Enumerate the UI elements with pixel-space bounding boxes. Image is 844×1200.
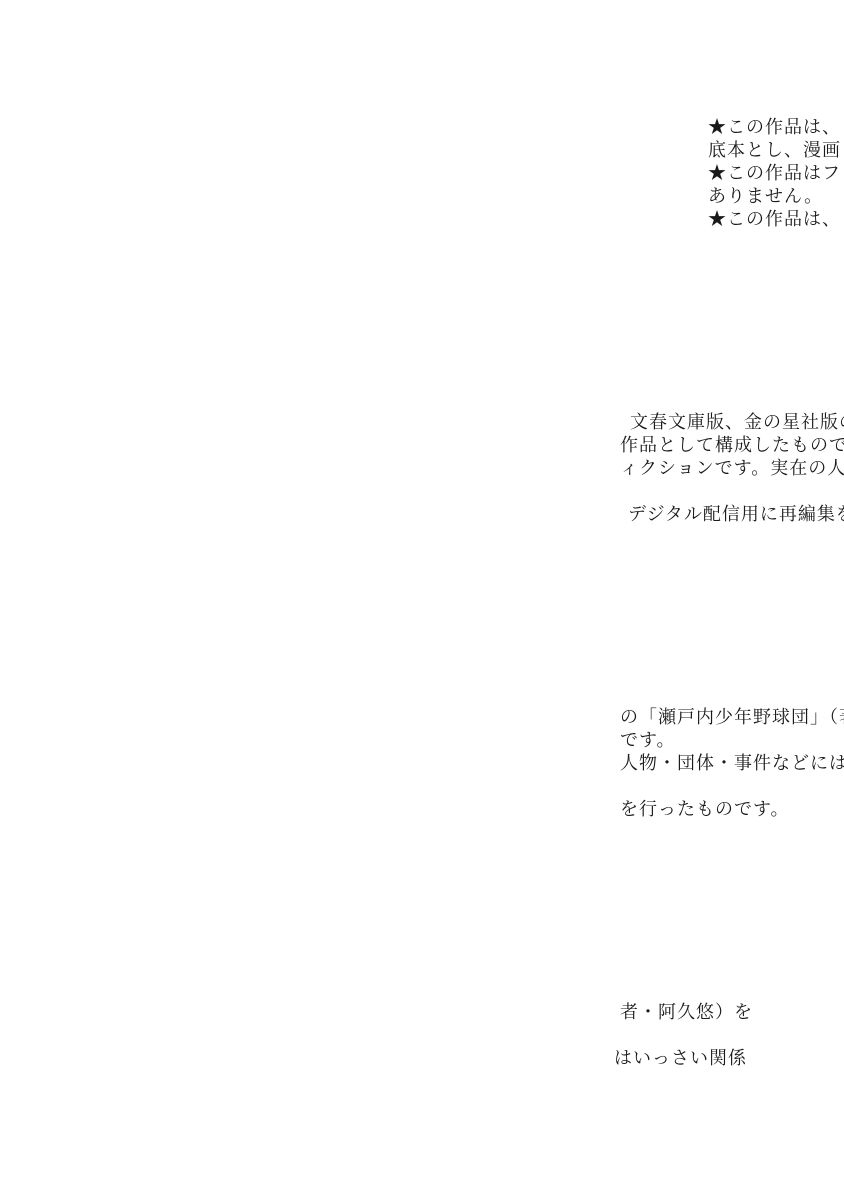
text-line: 文春文庫版、金の星社版の — [630, 411, 844, 434]
text-line: 者・阿久悠）を — [620, 1001, 753, 1024]
text-line: ★この作品は、 — [708, 208, 841, 231]
text-line: 底本とし、漫画 — [708, 139, 841, 162]
text-line: ★この作品はフ — [708, 162, 841, 185]
text-line: を行ったものです。 — [620, 798, 790, 821]
text-line: はいっさい関係 — [614, 1047, 747, 1070]
text-line: の「瀬戸内少年野球団」（著 — [620, 706, 844, 729]
text-line: ★この作品は、 — [708, 116, 841, 139]
text-line: ィクションです。実在の人 — [620, 457, 844, 480]
text-line: 作品として構成したもので — [620, 434, 844, 457]
text-line: 人物・団体・事件などには — [620, 752, 844, 775]
text-line: です。 — [620, 729, 676, 752]
text-line: デジタル配信用に再編集を — [628, 503, 844, 526]
text-line: ありません。 — [708, 185, 823, 208]
